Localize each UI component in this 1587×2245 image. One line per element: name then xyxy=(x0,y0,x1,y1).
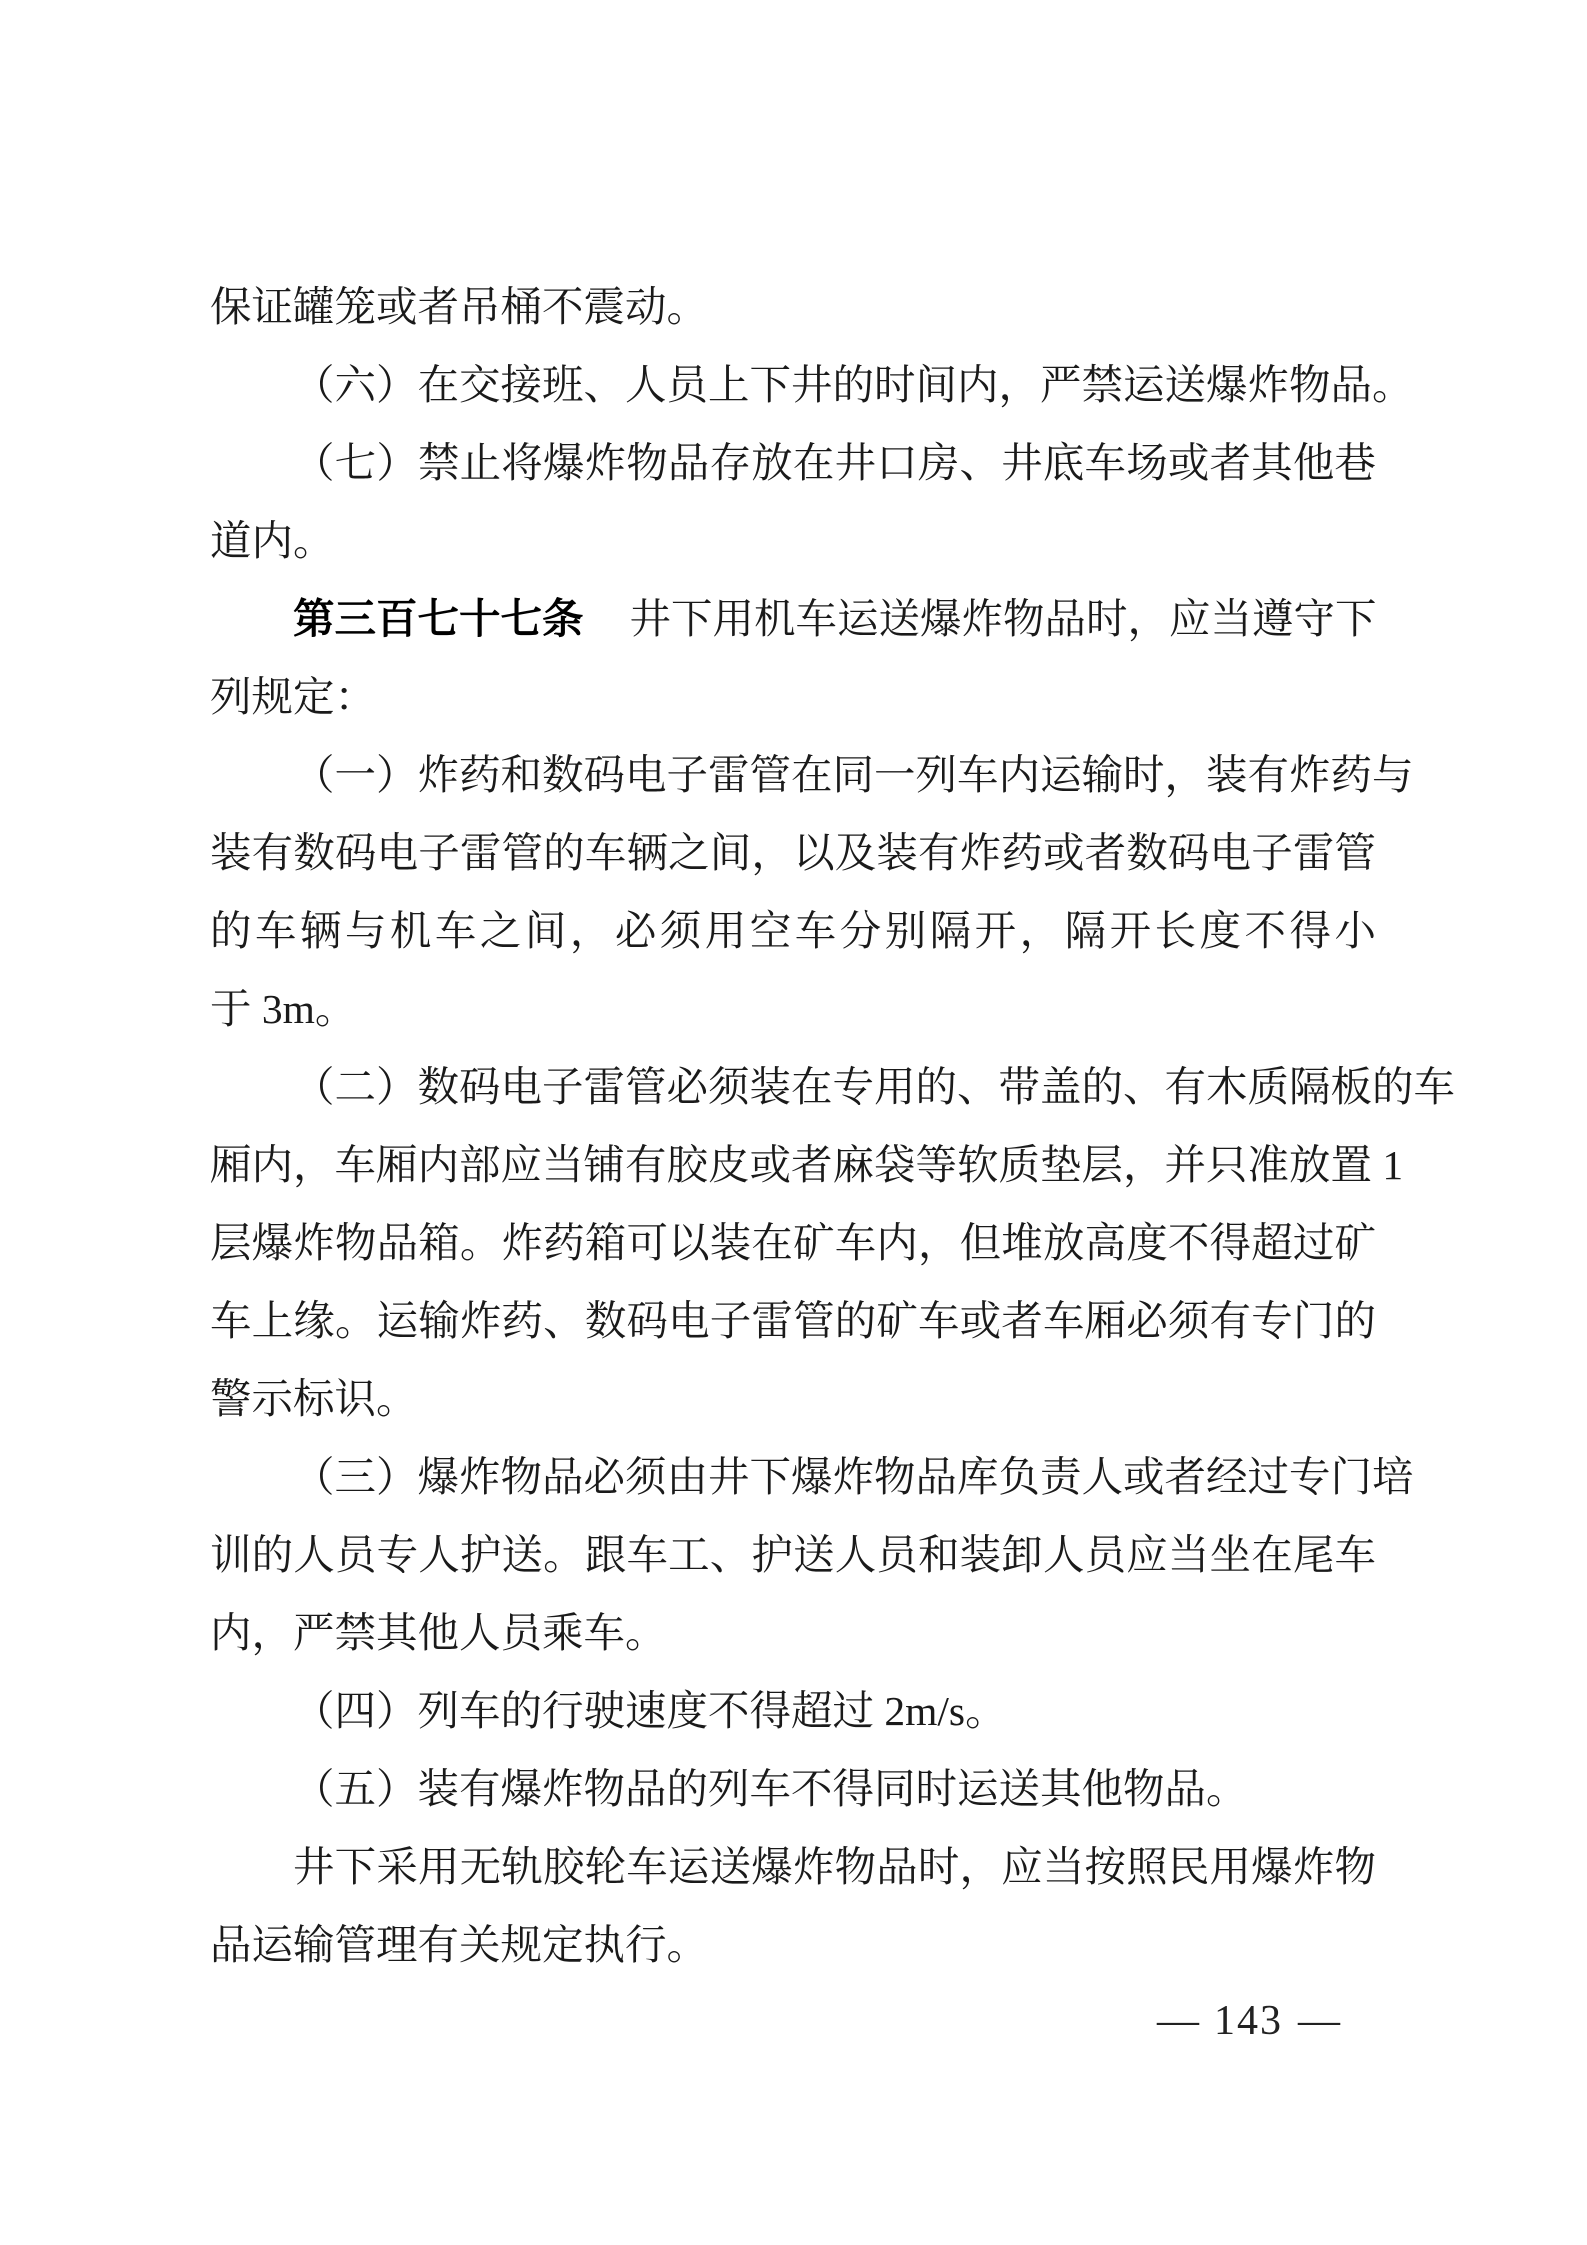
text-line: 装有数码电子雷管的车辆之间，以及装有炸药或者数码电子雷管 xyxy=(210,814,1376,892)
text-line: 训的人员专人护送。跟车工、护送人员和装卸人员应当坐在尾车 xyxy=(210,1516,1376,1594)
text-line: （二）数码电子雷管必须装在专用的、带盖的、有木质隔板的车 xyxy=(210,1048,1376,1126)
text-line: 厢内，车厢内部应当铺有胶皮或者麻袋等软质垫层，并只准放置 1 xyxy=(210,1126,1376,1204)
text-line: （三）爆炸物品必须由井下爆炸物品库负责人或者经过专门培 xyxy=(210,1438,1376,1516)
document-page: 保证罐笼或者吊桶不震动。 （六）在交接班、人员上下井的时间内，严禁运送爆炸物品。… xyxy=(0,0,1587,2245)
text-line: 品运输管理有关规定执行。 xyxy=(210,1906,1376,1984)
text-line: 的车辆与机车之间，必须用空车分别隔开，隔开长度不得小 xyxy=(210,892,1376,970)
article-heading-text: 井下用机车运送爆炸物品时，应当遵守下 xyxy=(630,596,1377,642)
text-line: 车上缘。运输炸药、数码电子雷管的矿车或者车厢必须有专门的 xyxy=(210,1282,1376,1360)
text-line: 层爆炸物品箱。炸药箱可以装在矿车内，但堆放高度不得超过矿 xyxy=(210,1204,1376,1282)
article-heading-line: 第三百七十七条井下用机车运送爆炸物品时，应当遵守下 xyxy=(210,580,1376,658)
text-line: 井下采用无轨胶轮车运送爆炸物品时，应当按照民用爆炸物 xyxy=(210,1828,1376,1906)
text-line: （四）列车的行驶速度不得超过 2m/s。 xyxy=(210,1672,1376,1750)
article-number: 第三百七十七条 xyxy=(293,595,584,642)
text-line: 道内。 xyxy=(210,502,1376,580)
text-line: 保证罐笼或者吊桶不震动。 xyxy=(210,268,1376,346)
page-number: 143 xyxy=(1214,1998,1283,2044)
footer-dash-right: — xyxy=(1298,1998,1340,2044)
page-footer: —143— xyxy=(1157,1982,1340,2060)
text-line: 内，严禁其他人员乘车。 xyxy=(210,1594,1376,1672)
text-line: （七）禁止将爆炸物品存放在井口房、井底车场或者其他巷 xyxy=(210,424,1376,502)
document-text-block: 保证罐笼或者吊桶不震动。 （六）在交接班、人员上下井的时间内，严禁运送爆炸物品。… xyxy=(210,268,1376,1984)
footer-dash-left: — xyxy=(1157,1998,1199,2044)
text-line: （一）炸药和数码电子雷管在同一列车内运输时，装有炸药与 xyxy=(210,736,1376,814)
text-line: 于 3m。 xyxy=(210,970,1376,1048)
text-line: （五）装有爆炸物品的列车不得同时运送其他物品。 xyxy=(210,1750,1376,1828)
text-line: （六）在交接班、人员上下井的时间内，严禁运送爆炸物品。 xyxy=(210,346,1376,424)
text-line: 警示标识。 xyxy=(210,1360,1376,1438)
text-line: 列规定： xyxy=(210,658,1376,736)
